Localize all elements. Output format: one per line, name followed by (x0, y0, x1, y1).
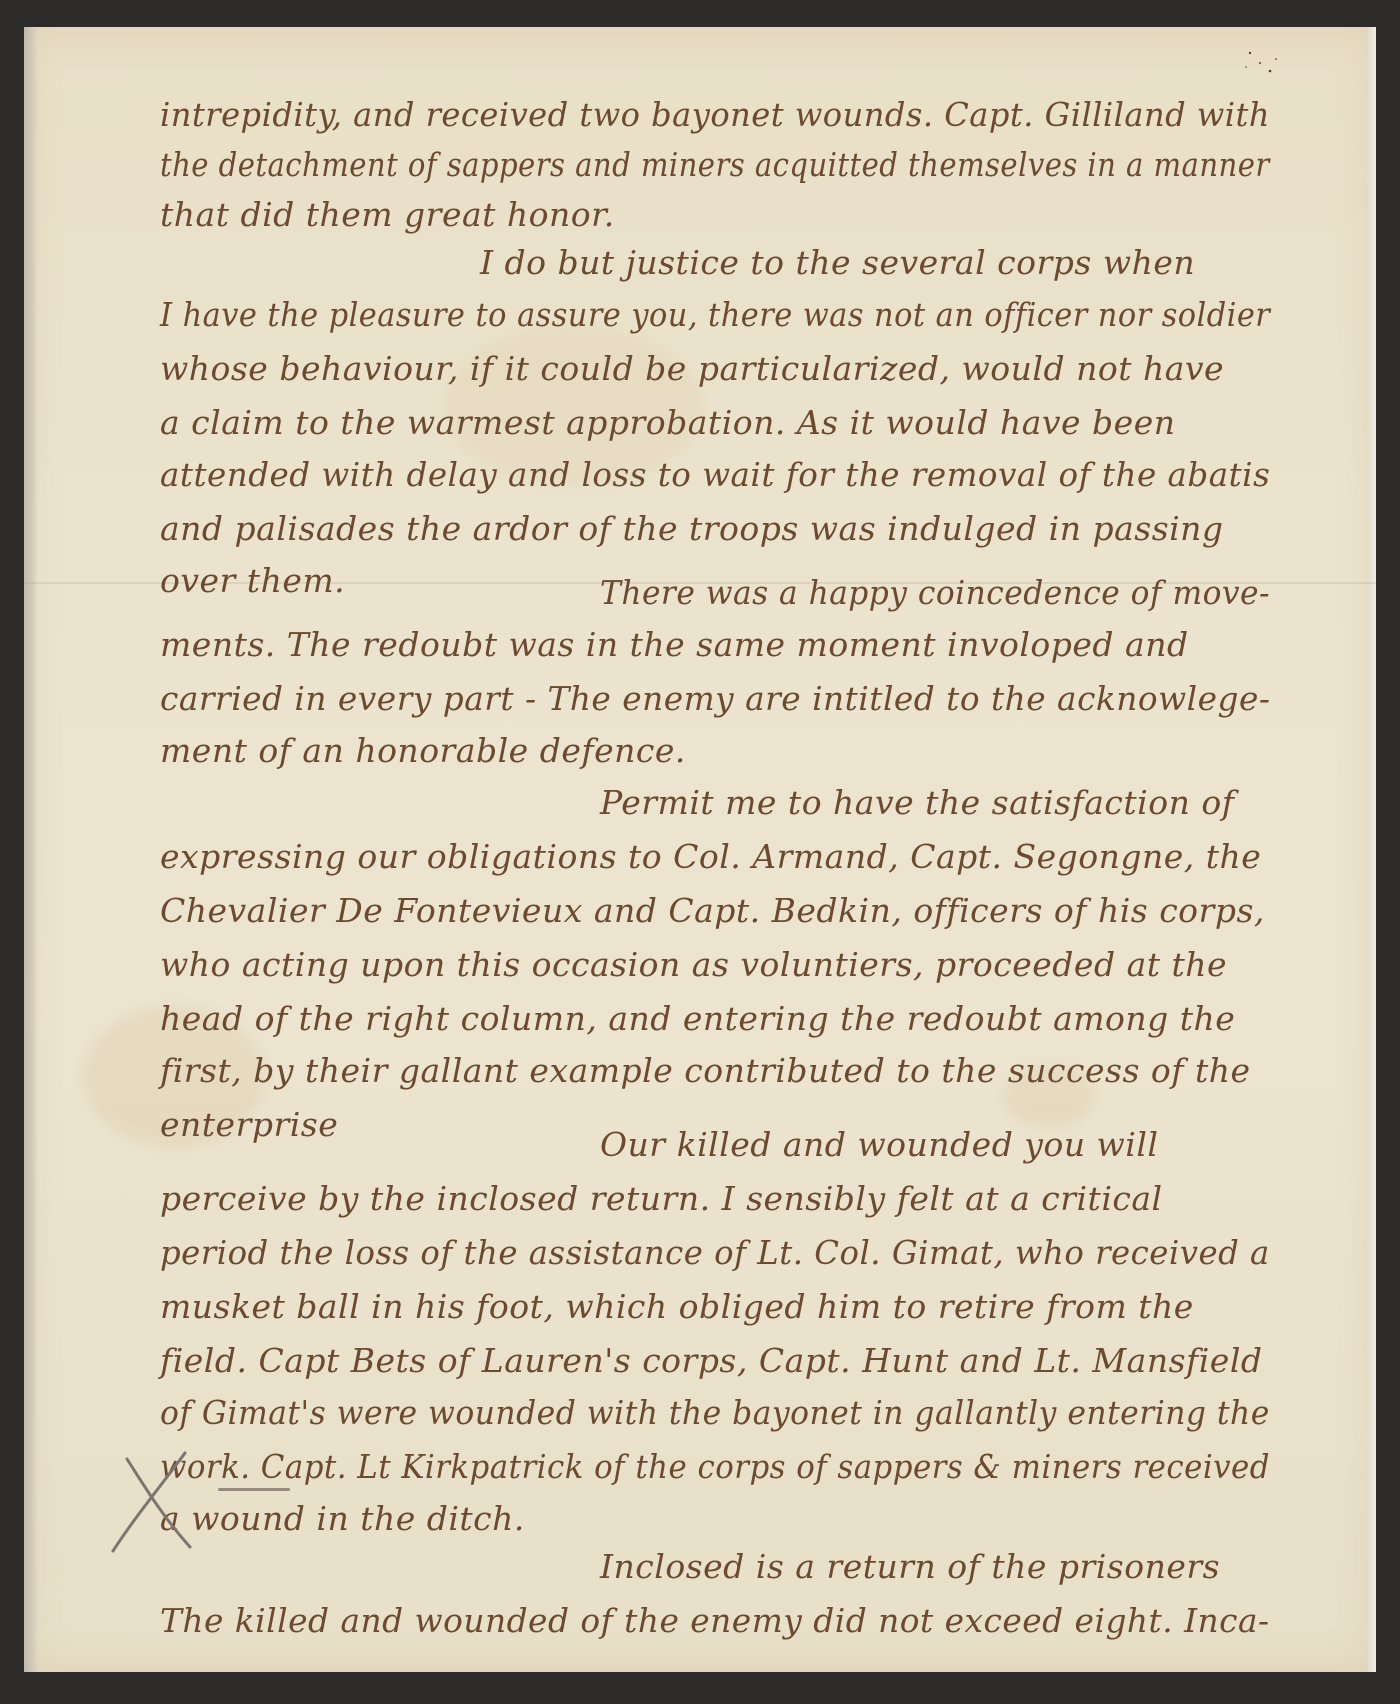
manuscript-line: period the loss of the assistance of Lt.… (160, 1233, 1270, 1293)
manuscript-line: ments. The redoubt was in the same momen… (160, 625, 1189, 685)
ink-spatter-dots (1240, 45, 1290, 85)
margin-x-mark (105, 1447, 195, 1557)
manuscript-line: carried in every part - The enemy are in… (160, 679, 1270, 739)
manuscript-line: a wound in the ditch. (160, 1499, 525, 1559)
manuscript-line: Inclosed is a return of the prisoners (600, 1547, 1220, 1607)
manuscript-line: I have the pleasure to assure you, there… (160, 295, 1270, 355)
manuscript-line: The killed and wounded of the enemy did … (160, 1601, 1270, 1661)
manuscript-line: over them. (160, 561, 345, 621)
manuscript-line: Permit me to have the satisfaction of (600, 783, 1234, 843)
manuscript-line: field. Capt Bets of Lauren's corps, Capt… (160, 1341, 1263, 1401)
manuscript-line: who acting upon this occasion as volunti… (160, 945, 1227, 1005)
manuscript-line: perceive by the inclosed return. I sensi… (160, 1179, 1163, 1239)
manuscript-line: musket ball in his foot, which obliged h… (160, 1287, 1194, 1347)
manuscript-line: I do but justice to the several corps wh… (480, 243, 1195, 303)
manuscript-line: enterprise (160, 1105, 338, 1165)
manuscript-line: head of the right column, and entering t… (160, 999, 1235, 1059)
manuscript-line: expressing our obligations to Col. Arman… (160, 837, 1261, 897)
manuscript-line: work. Capt. Lt Kirkpatrick of the corps … (160, 1447, 1270, 1507)
manuscript-line: first, by their gallant example contribu… (160, 1051, 1251, 1111)
manuscript-line: attended with delay and loss to wait for… (160, 455, 1270, 515)
manuscript-line: and palisades the ardor of the troops wa… (160, 509, 1224, 569)
manuscript-line: whose behaviour, if it could be particul… (160, 349, 1224, 409)
paper-right-edge (1368, 27, 1376, 1672)
manuscript-line: a claim to the warmest approbation. As i… (160, 403, 1175, 463)
manuscript-line: There was a happy coincedence of move- (600, 573, 1270, 633)
kirkpatrick-underline (218, 1488, 290, 1491)
manuscript-line: of Gimat's were wounded with the bayonet… (160, 1393, 1270, 1453)
manuscript-line: Our killed and wounded you will (600, 1125, 1158, 1185)
manuscript-line: Chevalier De Fontevieux and Capt. Bedkin… (160, 891, 1265, 951)
manuscript-line: ment of an honorable defence. (160, 731, 686, 791)
